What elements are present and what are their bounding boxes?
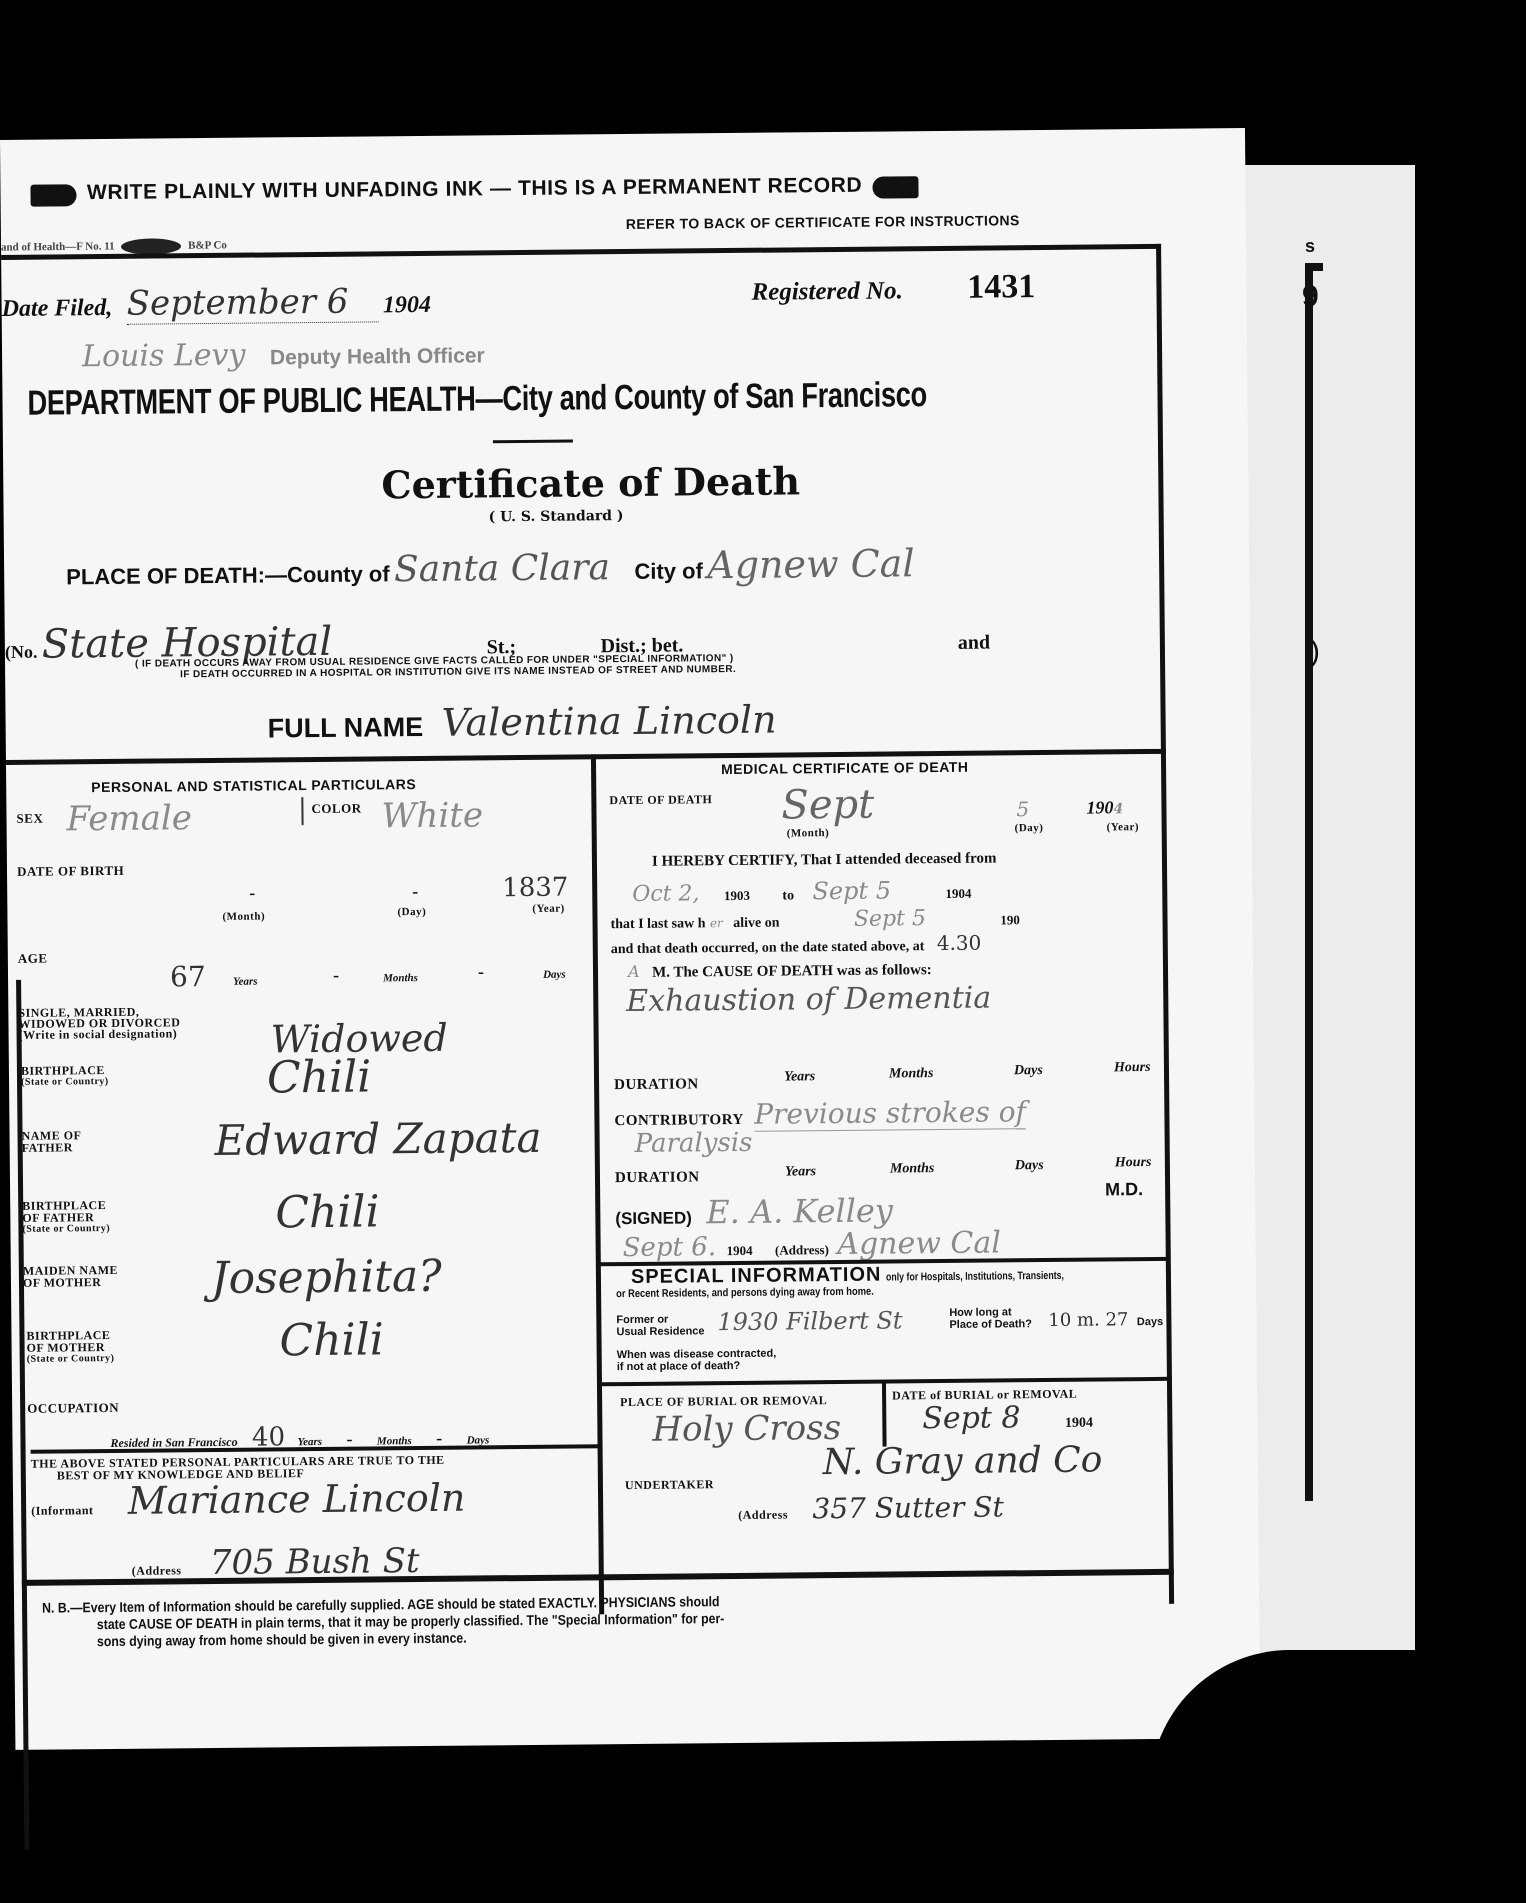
occupation-label: OCCUPATION [27,1401,119,1415]
attended-period: Oct 2, 1903 to Sept 5 1904 [612,876,971,907]
date-of-death-month: Sept [781,782,874,829]
former-label-line: Former or [616,1313,704,1326]
city-label: City of [634,558,703,584]
marital-label-line: (Write in social designation) [19,1028,181,1041]
how-long-value: 10 m. 27 Days [1048,1309,1163,1331]
death-year-caption: (Year) [1107,821,1139,834]
adjacent-page-fragment: 9 [1302,280,1319,314]
mother-bp-label-line: OF MOTHER [27,1341,115,1354]
date-filed-year: 1904 [383,292,431,318]
last-saw-text: that I last saw h [610,916,705,932]
burial-date: Sept 8 1904 [922,1400,1093,1437]
disease-contracted-label: When was disease contracted, if not at p… [617,1348,777,1374]
informant-value: Mariance Lincoln [128,1476,466,1523]
undertaker-address-value: 357 Sutter St [812,1490,1004,1525]
age-days: - [478,961,484,982]
ink-warning-banner: WRITE PLAINLY WITH UNFADING INK — THIS I… [30,173,918,206]
burial-rule [602,1377,1172,1386]
how-long-label-line: Place of Death? [949,1318,1032,1331]
undertaker-address: (Address 357 Sutter St [738,1490,1004,1526]
printer-name: B&P Co [188,239,227,251]
father-name-label: NAME OF FATHER [22,1129,82,1154]
burial-date-value: Sept 8 [922,1400,1021,1436]
father-name-value: Edward Zapata [214,1113,541,1165]
place-of-death: PLACE OF DEATH:—County of Santa Clara Ci… [66,541,915,593]
duration-label: DURATION [615,1171,700,1185]
footer-note: N. B.—Every Item of Information should b… [42,1593,725,1651]
burial-place-label: PLACE OF BURIAL OR REMOVAL [620,1394,827,1409]
duration-months: Months [889,1066,934,1082]
department-title: DEPARTMENT OF PUBLIC HEALTH—City and Cou… [27,375,927,424]
death-certificate: WRITE PLAINLY WITH UNFADING INK — THIS I… [0,128,1260,1750]
sex-label: SEX [16,812,43,825]
last-saw-date: Sept 5 [854,906,926,932]
father-birthplace-value: Chili [275,1186,380,1238]
special-info-subtitle: only for Hospitals, Institutions, Transi… [886,1270,1064,1284]
place-of-death-label: PLACE OF DEATH:—County of [66,561,390,589]
mother-name-value: Josephita? [211,1251,442,1304]
column-divider [591,754,604,1614]
how-long-label: How long at Place of Death? [949,1306,1032,1331]
color-value: White [381,795,483,836]
how-long-label-line: How long at [949,1306,1032,1319]
duration-row-1: DURATION Years Months Days Hours [614,1064,1154,1069]
officer-signature: Louis Levy [82,338,246,375]
residence-note: ( IF DEATH OCCURS AWAY FROM USUAL RESIDE… [135,653,736,681]
dob-month: - [249,883,255,904]
color-label: COLOR [311,802,361,815]
county-value: Santa Clara [394,547,610,590]
how-long-days-label: Days [1137,1316,1163,1328]
contracted-label-line: if not at place of death? [617,1360,777,1374]
date-filed-label: Date Filed, [1,295,112,322]
adjacent-page-fragment: ) [1310,635,1320,669]
signed-year: 1904 [726,1243,752,1258]
dob-day-caption: (Day) [397,906,426,919]
mother-label-line: OF MOTHER [23,1276,118,1289]
contributory-value-1: Previous strokes of [754,1095,1026,1132]
age-years-caption: Years [233,976,258,988]
date-filed: Date Filed, September 6 1904 [1,281,431,325]
signed-date: Sept 6. [623,1232,717,1263]
death-year-prefix: 190 [1086,797,1113,817]
adjacent-page-fragment: s [1305,236,1315,257]
duration-days: Days [1015,1158,1044,1174]
title-divider [493,440,573,444]
attended-from: Oct 2, [632,881,699,907]
duration-months: Months [890,1161,935,1177]
pointing-hand-icon [873,176,919,198]
alive-on-label: alive on [733,916,779,931]
duration-years: Years [785,1164,816,1180]
attended-to: Sept 5 [812,876,891,905]
father-birthplace-label: BIRTHPLACE OF FATHER (State or Country) [22,1199,110,1236]
age-label: AGE [18,952,48,965]
ink-warning-text: WRITE PLAINLY WITH UNFADING INK — THIS I… [87,174,862,204]
burial-year-value: 1904 [1065,1416,1093,1431]
age-days-caption: Days [543,969,566,981]
informant-label: (Informant [31,1503,93,1518]
burial-place-value: Holy Cross [652,1408,841,1450]
physician-name: E. A. Kelley [706,1191,893,1231]
registered-label: Registered No. [751,277,903,305]
death-year-suffix: 4 [1113,801,1123,817]
father-label-line: FATHER [22,1141,82,1154]
burial-divider [882,1382,887,1447]
informant-address-label: (Address [132,1563,182,1577]
birthplace-value: Chili [267,1051,372,1103]
marital-label: SINGLE, MARRIED, WIDOWED OR DIVORCED (Wr… [18,1006,180,1041]
former-residence-label: Former or Usual Residence [616,1313,704,1338]
physician-address-label: (Address) [775,1242,829,1258]
last-saw-year: 190 [1000,912,1020,927]
registered-no-value: 1431 [967,268,1035,306]
am-pm: A [628,962,640,981]
birthplace-label-line: BIRTHPLACE [21,1064,109,1077]
former-label-line: Usual Residence [616,1325,704,1338]
signed-label: (SIGNED) [615,1208,692,1228]
undertaker-label: UNDERTAKER [625,1478,714,1492]
dob-year-caption: (Year) [532,903,564,916]
duration-row-2: DURATION Years Months Days Hours [615,1159,1155,1164]
mother-bp-label-line: (State or Country) [27,1353,115,1366]
to-label: to [782,888,794,903]
dob-day: - [412,881,418,902]
contributory: CONTRIBUTORY Previous strokes of [614,1095,1026,1132]
instructions-note: REFER TO BACK OF CERTIFICATE FOR INSTRUC… [626,212,1020,232]
health-officer: Louis Levy Deputy Health Officer [82,335,485,374]
us-standard-note: ( U. S. Standard ) [489,508,624,525]
death-occurred-text: and that death occurred, on the date sta… [611,939,925,957]
duration-label: DURATION [614,1078,699,1092]
dob-year: 1837 [502,873,568,904]
scan-shadow [1150,1650,1526,1903]
full-name-value: Valentina Lincoln [441,698,776,745]
duration-years: Years [784,1069,815,1085]
death-month-caption: (Month) [787,827,830,840]
how-long-duration: 10 m. 27 [1048,1309,1128,1331]
mother-birthplace-label: BIRTHPLACE OF MOTHER (State or Country) [26,1329,114,1366]
personal-section-title: PERSONAL AND STATISTICAL PARTICULARS [91,776,416,795]
contracted-label-line: When was disease contracted, [617,1348,777,1362]
dob-month-caption: (Month) [222,910,265,923]
contributory-label: CONTRIBUTORY [614,1112,744,1129]
medical-section-title: MEDICAL CERTIFICATE OF DEATH [721,759,968,777]
age-months: - [333,965,339,986]
special-info-title: SPECIAL INFORMATION [631,1264,882,1288]
officer-title: Deputy Health Officer [270,344,485,369]
duration-days: Days [1014,1063,1043,1079]
birthplace-label: BIRTHPLACE (State or Country) [21,1064,109,1089]
mother-birthplace-value: Chili [279,1314,384,1366]
date-of-death-year: 1904 [1086,797,1123,818]
adjacent-page-frame [1305,263,1323,1501]
cause-of-death-value: Exhaustion of Dementia [626,981,991,1020]
father-bp-label-line: OF FATHER [22,1211,110,1224]
undertaker-value: N. Gray and Co [823,1439,1103,1483]
death-day-caption: (Day) [1015,822,1044,835]
certify-statement: I HEREBY CERTIFY, That I attended deceas… [652,850,997,870]
attended-to-year: 1904 [945,886,971,901]
form-number: and of Health—F No. 11 [1,240,115,253]
mother-name-label: MAIDEN NAME OF MOTHER [23,1264,118,1289]
physician-address-value: Agnew Cal [837,1225,1001,1262]
dob-label: DATE OF BIRTH [17,864,124,878]
age-months-caption: Months [383,972,418,984]
cause-intro: M. The CAUSE OF DEATH was as follows: [652,962,932,981]
attended-from-year: 1903 [724,888,750,903]
certificate-title: Certificate of Death [381,458,800,507]
registered-number: Registered No. 1431 [751,268,1035,309]
date-of-death-day: 5 [1016,797,1029,821]
name-rule [6,749,1166,765]
duration-hours: Hours [1115,1155,1152,1171]
death-time-line: and that death occurred, on the date sta… [611,931,982,959]
special-info-subtitle-2: or Recent Residents, and persons dying a… [616,1286,874,1300]
death-time: 4.30 [937,931,982,955]
father-bp-label-line: (State or Country) [22,1223,110,1236]
md-label: M.D. [1105,1179,1143,1200]
date-filed-month: September 6 [126,281,378,324]
nb-label: N. B.— [42,1599,83,1615]
sex-value: Female [66,798,192,839]
informant: (Informant Mariance Lincoln [31,1476,466,1524]
date-of-death-label: DATE OF DEATH [609,793,712,807]
cause-of-death-intro: A M. The CAUSE OF DEATH was as follows: [628,959,932,982]
frame-right-rule [1156,244,1174,1604]
birthplace-label-line: (State or Country) [21,1076,109,1089]
duration-hours: Hours [1114,1060,1151,1076]
pointing-hand-icon [30,184,76,206]
age-years: 67 [170,960,206,993]
sex-color-divider [301,797,303,825]
city-value: Agnew Cal [707,541,915,587]
full-name-label: FULL NAME [268,712,424,743]
no-label: (No. [5,642,38,662]
adjacent-page-fragment: ) [1305,850,1310,868]
contributory-value-2: Paralysis [635,1128,753,1159]
former-residence-value: 1930 Filbert St [717,1306,902,1336]
last-saw-pronoun: er [710,916,723,930]
undertaker-address-label: (Address [738,1507,788,1521]
full-name: FULL NAME Valentina Lincoln [267,698,776,747]
and-label: and [958,632,990,654]
